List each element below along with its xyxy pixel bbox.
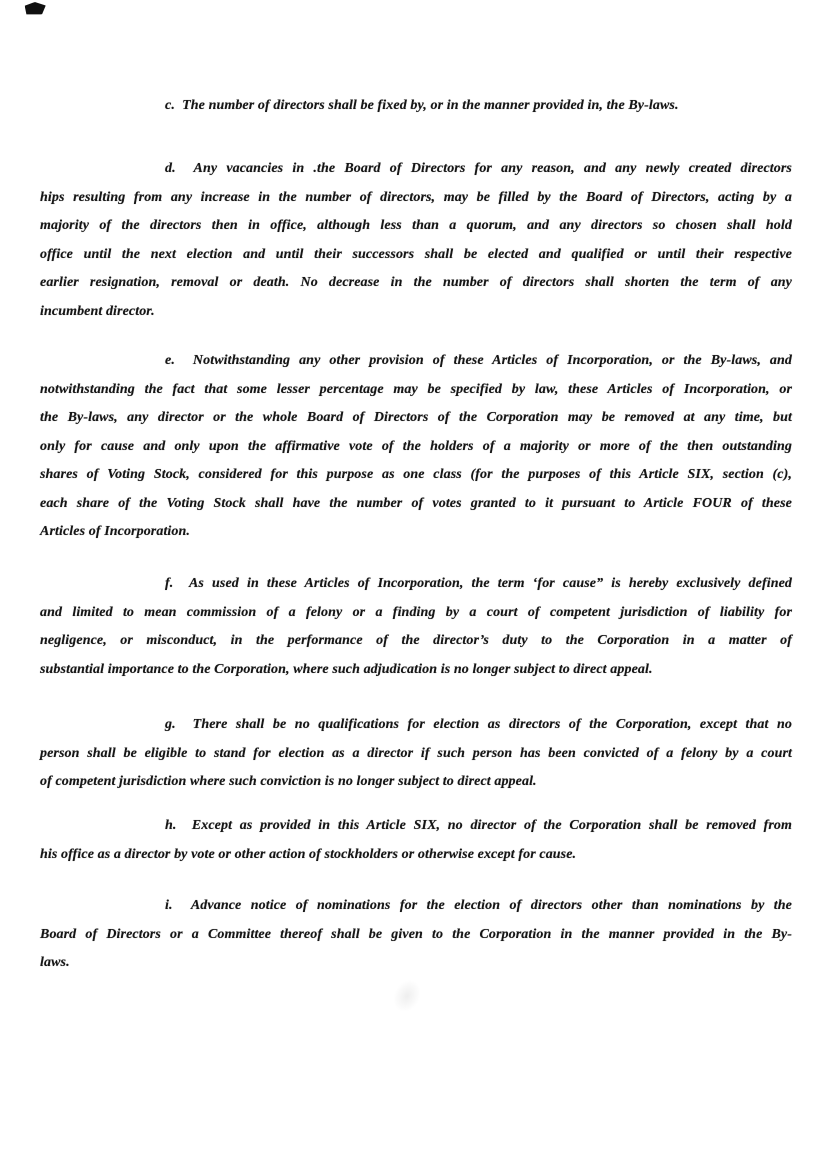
paragraph-c: c. The number of directors shall be fixe… [40, 92, 792, 121]
text-line: h. Except as provided in this Article SI… [40, 812, 792, 841]
text-line: and limited to mean commission of a felo… [40, 599, 792, 628]
text-line: notwithstanding the fact that some lesse… [40, 376, 792, 405]
text-line: c. The number of directors shall be fixe… [40, 92, 792, 121]
text-line: of competent jurisdiction where such con… [40, 768, 792, 797]
text-line: incumbent director. [40, 298, 792, 327]
text-line: each share of the Voting Stock shall hav… [40, 490, 792, 519]
text-line: laws. [40, 949, 792, 978]
paragraph-h: h. Except as provided in this Article SI… [40, 812, 792, 869]
text-line: substantial importance to the Corporatio… [40, 656, 792, 685]
document-page: c. The number of directors shall be fixe… [0, 0, 827, 1169]
text-line: f. As used in these Articles of Incorpor… [40, 570, 792, 599]
text-line: e. Notwithstanding any other provision o… [40, 347, 792, 376]
text-line: the By-laws, any director or the whole B… [40, 404, 792, 433]
paragraph-e: e. Notwithstanding any other provision o… [40, 347, 792, 547]
paragraph-i: i. Advance notice of nominations for the… [40, 892, 792, 978]
paragraph-f: f. As used in these Articles of Incorpor… [40, 570, 792, 684]
text-line: person shall be eligible to stand for el… [40, 740, 792, 769]
scan-corner-mark [24, 1, 46, 16]
text-line: only for cause and only upon the affirma… [40, 433, 792, 462]
text-line: earlier resignation, removal or death. N… [40, 269, 792, 298]
text-line: d. Any vacancies in .the Board of Direct… [40, 155, 792, 184]
text-line: majority of the directors then in office… [40, 212, 792, 241]
text-line: shares of Voting Stock, considered for t… [40, 461, 792, 490]
scan-smudge [387, 974, 428, 1018]
paragraph-d: d. Any vacancies in .the Board of Direct… [40, 155, 792, 326]
text-line: Board of Directors or a Committee thereo… [40, 921, 792, 950]
text-line: i. Advance notice of nominations for the… [40, 892, 792, 921]
paragraph-g: g. There shall be no qualifications for … [40, 711, 792, 797]
text-line: office until the next election and until… [40, 241, 792, 270]
text-line: g. There shall be no qualifications for … [40, 711, 792, 740]
text-line: hips resulting from any increase in the … [40, 184, 792, 213]
text-line: negligence, or misconduct, in the perfor… [40, 627, 792, 656]
text-line: his office as a director by vote or othe… [40, 841, 792, 870]
text-line: Articles of Incorporation. [40, 518, 792, 547]
